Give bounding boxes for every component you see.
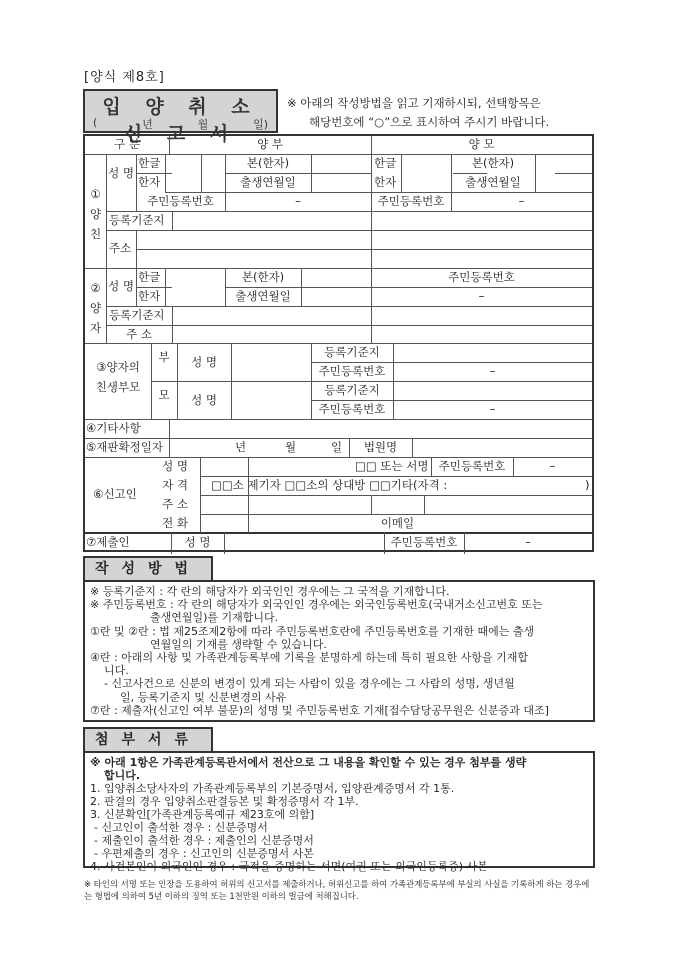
- title-box: 입 양 취 소 신 고 서 ( 년 월 일): [83, 89, 278, 133]
- reporter-phone-label: 전 화: [151, 518, 199, 530]
- adoptee-hanja-label: 한자: [138, 291, 160, 303]
- qualification-close: ): [585, 480, 590, 492]
- father-bon-label: 본(한자): [225, 158, 311, 170]
- date-open: (: [93, 116, 97, 132]
- submitter-rrn-field[interactable]: –: [464, 537, 592, 549]
- notice-line-2: 해당번호에 “○”으로 표시하여 주시기 바랍니다.: [287, 113, 549, 132]
- mother-birth-label: 출생연월일: [451, 177, 535, 189]
- attachments-note-cont: 합니다.: [90, 769, 588, 782]
- mother-hanja-label: 한자: [374, 177, 396, 189]
- submitter-name-label: 성 명: [171, 537, 224, 549]
- date-month: 월: [198, 116, 209, 132]
- adoptee-birth-label: 출생연월일: [225, 291, 301, 303]
- birth-father-reg-base-label: 등록기준지: [311, 347, 393, 359]
- adoptee-bon-label: 본(한자): [225, 272, 301, 284]
- birth-father-name-label: 성 명: [177, 357, 231, 369]
- section-adoptive-parents-label: ① 양 친: [85, 184, 106, 244]
- adoptee-rrn-label: 주민등록번호: [371, 272, 592, 284]
- other-matters-label: ④기타사항: [86, 423, 141, 435]
- father-birth-label: 출생연월일: [225, 177, 311, 189]
- instruction-line: - 신고사건으로 신분의 변경이 있게 되는 사람이 있을 경우에는 그 사람의…: [90, 677, 588, 690]
- birth-mother-rrn-field[interactable]: –: [393, 404, 592, 416]
- attachment-item: - 제출인이 출석한 경우 : 제출인의 신분증명서: [90, 834, 588, 847]
- name-label: 성 명: [106, 168, 136, 180]
- instruction-line: 일, 등록기준지 및 신분변경의 사유: [90, 691, 588, 704]
- adoptee-hangul-label: 한글: [138, 272, 160, 284]
- date-day: 일): [253, 116, 268, 132]
- submitter-rrn-label: 주민등록번호: [384, 537, 464, 549]
- reg-base-label: 등록기준지: [109, 215, 165, 227]
- section-adoptee-label: ② 양 자: [85, 278, 106, 338]
- birth-father-label: 부: [151, 352, 177, 364]
- attachment-item: 1. 입양취소당사자의 가족관계등록부의 기본증명서, 입양관계증명서 각 1통…: [90, 782, 588, 795]
- attachments-note: ※ 아래 1항은 가족관계등록관서에서 전산으로 그 내용을 확인할 수 있는 …: [90, 756, 588, 769]
- adoptee-rrn-field[interactable]: –: [371, 291, 592, 303]
- submitter-label: ⑦제출인: [86, 537, 130, 549]
- instructions-heading: 작성방법: [83, 556, 213, 580]
- attachments-heading: 첨부서류: [83, 727, 213, 751]
- birth-parents-label-2: 친생부모: [85, 382, 151, 394]
- reporter-rrn-field[interactable]: –: [513, 461, 592, 473]
- attachments-box: ※ 아래 1항은 가족관계등록관서에서 전산으로 그 내용을 확인할 수 있는 …: [83, 751, 595, 868]
- judgment-month: 월: [285, 442, 296, 454]
- attachment-item: - 신고인이 출석한 경우 : 신분증명서: [90, 821, 588, 834]
- attachment-item: 2. 판결의 경우 입양취소판결등본 및 확정증명서 각 1부.: [90, 795, 588, 808]
- attachment-item: 3. 신분확인[가족관계등록예규 제23호에 의함]: [90, 808, 588, 821]
- report-form-table: 구 분 양 부 양 모 ① 양 친 성 명 한글 한자 본(한자) 출생연월일 …: [83, 134, 594, 552]
- birth-father-rrn-label: 주민등록번호: [311, 366, 393, 378]
- address-label: 주소: [109, 243, 131, 255]
- birth-mother-name-label: 성 명: [177, 395, 231, 407]
- reporter-name-label: 성 명: [151, 461, 199, 473]
- reporter-rrn-label: 주민등록번호: [431, 461, 513, 473]
- form-number: [양식 제8호]: [84, 66, 165, 85]
- instruction-line: 출생연월일)를 기재합니다.: [90, 611, 588, 624]
- reporter-label: ⑥신고인: [85, 489, 145, 501]
- instructions-box: ※ 등록기준지 : 각 란의 해당자가 외국인인 경우에는 그 국적을 기재합니…: [83, 580, 595, 722]
- birth-mother-label: 모: [151, 390, 177, 402]
- date-year: 년: [142, 116, 153, 132]
- birth-mother-rrn-label: 주민등록번호: [311, 404, 393, 416]
- adoptee-reg-base-label: 등록기준지: [109, 310, 165, 322]
- father-rrn-label: 주민등록번호: [136, 196, 225, 208]
- instruction-line: ※ 등록기준지 : 각 란의 해당자가 외국인인 경우에는 그 국적을 기재합니…: [90, 585, 588, 598]
- instruction-line: ⑦란 : 제출자(신고인 여부 불문)의 성명 및 주민등록번호 기재[접수담당…: [90, 704, 588, 717]
- adoptee-name-label: 성 명: [106, 281, 136, 293]
- instruction-line: ④란 : 아래의 사항 및 가족관계등록부에 기록을 분명하게 하는데 특히 필…: [90, 651, 588, 664]
- father-hangul-label: 한글: [138, 158, 160, 170]
- mother-rrn-label: 주민등록번호: [371, 196, 451, 208]
- reporter-qualification-label: 자 격: [151, 480, 199, 492]
- report-date: ( 년 월 일): [93, 116, 268, 132]
- reporter-signature[interactable]: □□ 또는 서명: [355, 461, 428, 473]
- reporter-qualification-options[interactable]: □□소 제기자 □□소의 상대방 □□기타(자격 :: [211, 480, 447, 492]
- legal-warning: ※ 타인의 서명 또는 인장을 도용하여 허위의 신고서를 제출하거나, 허위신…: [84, 878, 596, 902]
- attachment-item: - 우편제출의 경우 : 신고인의 신분증명서 사본: [90, 847, 588, 860]
- notice-line-1: ※ 아래의 작성방법을 읽고 기재하시되, 선택항목은: [287, 94, 549, 113]
- adoptee-address-label: 주 소: [106, 329, 172, 341]
- judgment-year: 년: [235, 442, 246, 454]
- header-category: 구 분: [85, 139, 169, 151]
- instructions-notice: ※ 아래의 작성방법을 읽고 기재하시되, 선택항목은 해당번호에 “○”으로 …: [287, 94, 549, 132]
- father-rrn-field[interactable]: –: [225, 196, 371, 208]
- header-adoptive-mother: 양 모: [371, 139, 592, 151]
- birth-mother-reg-base-label: 등록기준지: [311, 385, 393, 397]
- reporter-email-label: 이메일: [371, 518, 424, 530]
- header-adoptive-father: 양 부: [169, 139, 371, 151]
- attachment-item: 4. 사건본인이 외국인인 경우 : 국적을 증명하는 서면(여권 또는 외국인…: [90, 860, 588, 873]
- judgment-day: 일: [331, 442, 342, 454]
- father-hanja-label: 한자: [138, 177, 160, 189]
- mother-rrn-field[interactable]: –: [451, 196, 592, 208]
- reporter-address-label: 주 소: [151, 499, 199, 511]
- instruction-line: 연월일의 기재를 생략할 수 있습니다.: [90, 638, 588, 651]
- birth-parents-label-1: ③양자의: [85, 362, 151, 374]
- birth-father-rrn-field[interactable]: –: [393, 366, 592, 378]
- mother-bon-label: 본(한자): [451, 158, 535, 170]
- court-name-label: 법원명: [349, 442, 412, 454]
- mother-hangul-label: 한글: [374, 158, 396, 170]
- instruction-line: ※ 주민등록번호 : 각 란의 해당자가 외국인인 경우에는 외국인등록번호(국…: [90, 598, 588, 611]
- judgment-date-label: ⑤재판확정일자: [86, 442, 163, 454]
- instruction-line: 니다.: [90, 664, 588, 677]
- instruction-line: ①란 및 ②란 : 법 제25조제2항에 따라 주민등록번호란에 주민등록번호를…: [90, 625, 588, 638]
